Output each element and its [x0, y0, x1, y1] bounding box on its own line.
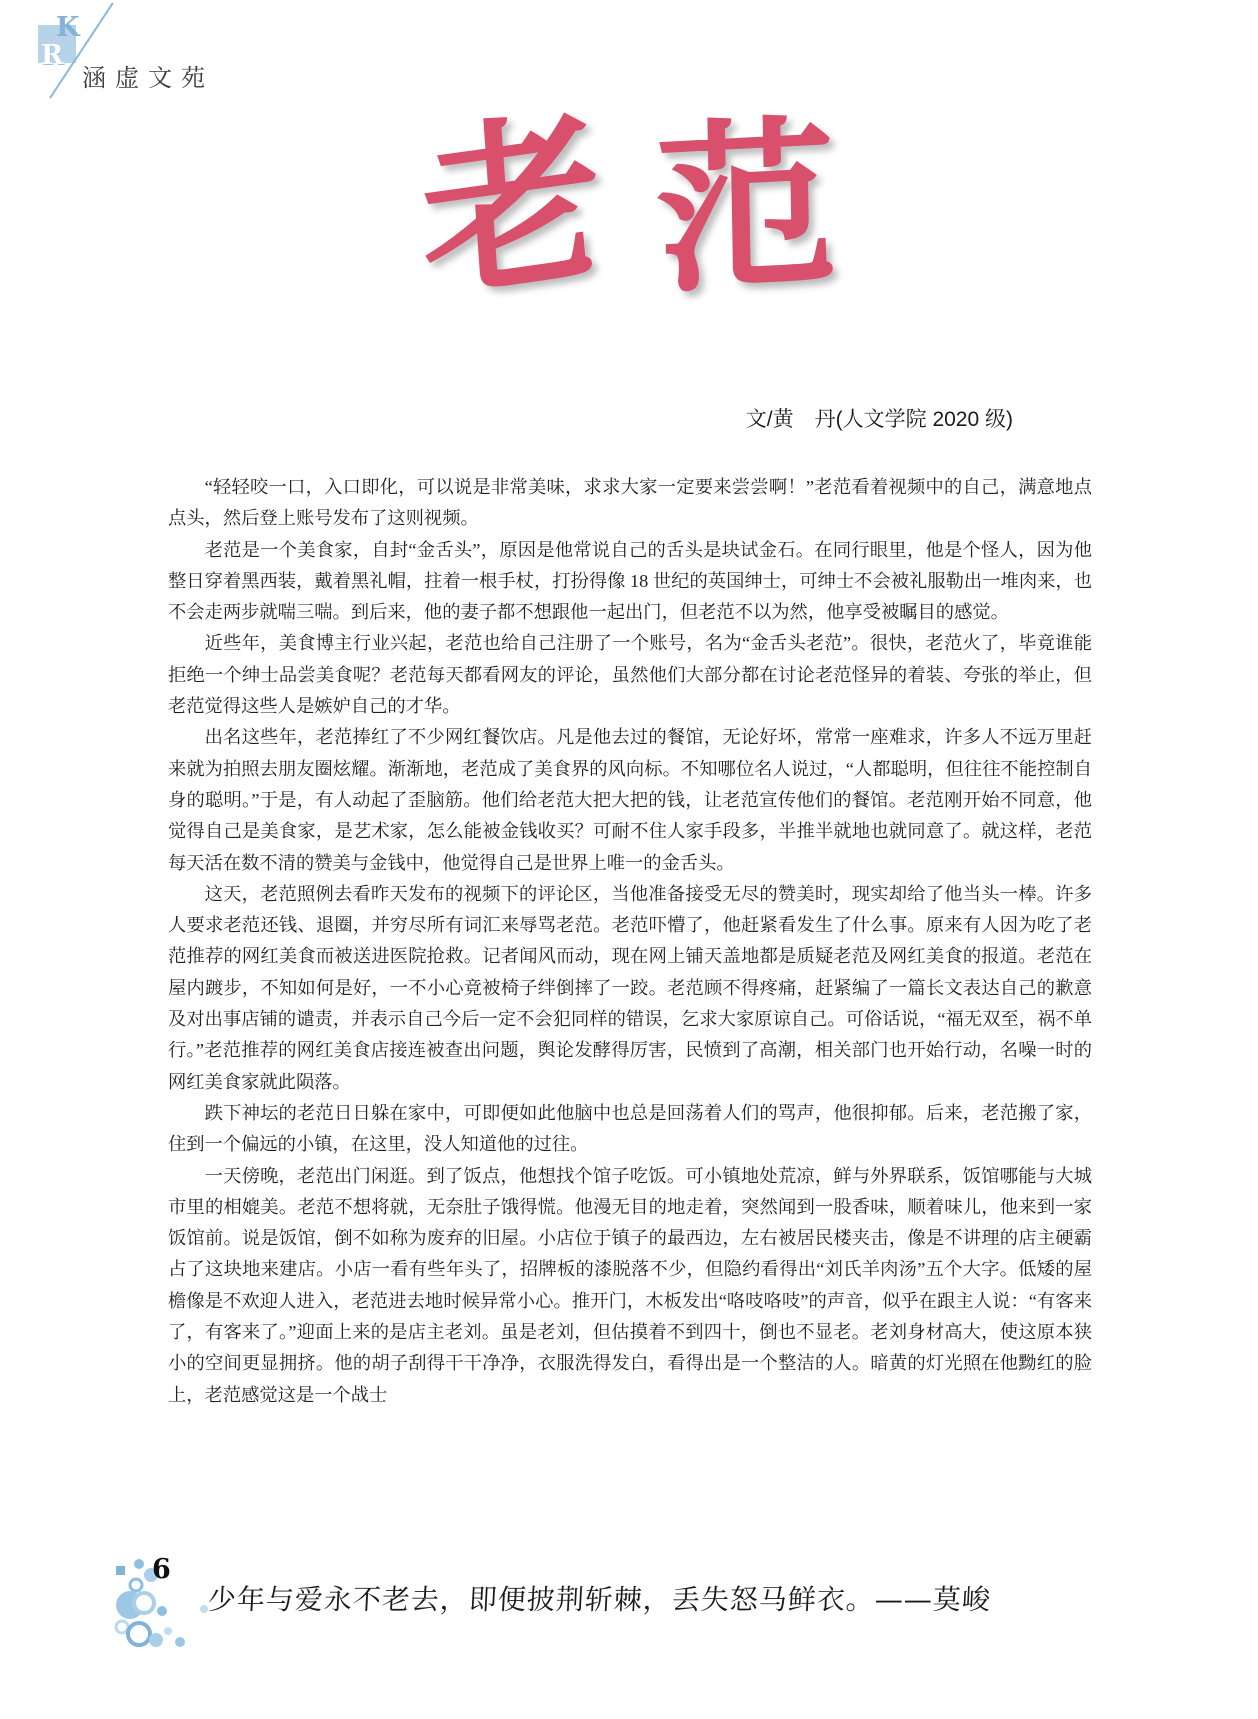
paragraph: “轻轻咬一口，入口即化，可以说是非常美味，求求大家一定要来尝尝啊！”老范看着视频… — [168, 472, 1092, 535]
logo-letter-k: K — [56, 14, 79, 41]
masthead-title: 涵虚文苑 — [82, 58, 214, 93]
title-char-fan: 范 — [653, 107, 838, 308]
paragraph: 跌下神坛的老范日日躲在家中，可即便如此他脑中也总是回荡着人们的骂声，他很抑郁。后… — [168, 1098, 1092, 1161]
paragraph: 近些年，美食博主行业兴起，老范也给自己注册了一个账号，名为“金舌头老范”。很快，… — [168, 628, 1092, 722]
logo-letter-r: R — [41, 42, 63, 69]
title-char-lao: 老 — [415, 99, 609, 315]
article-body: “轻轻咬一口，入口即化，可以说是非常美味，求求大家一定要来尝尝啊！”老范看着视频… — [168, 472, 1092, 1411]
paragraph: 老范是一个美食家，自封“金舌头”，原因是他常说自己的舌头是块试金石。在同行眼里，… — [168, 535, 1092, 629]
article-title: 老 范 — [0, 112, 1258, 303]
footer-quote: 少年与爱永不老去，即便披荆斩棘，丢失怒马鲜衣。——莫峻 — [207, 1578, 992, 1618]
paragraph: 这天，老范照例去看昨天发布的视频下的评论区，当他准备接受无尽的赞美时，现实却给了… — [168, 879, 1092, 1098]
byline: 文/黄 丹(人文学院 2020 级) — [168, 403, 1013, 433]
paragraph: 出名这些年，老范捧红了不少网红餐饮店。凡是他去过的餐馆，无论好坏，常常一座难求，… — [168, 722, 1092, 878]
paragraph: 一天傍晚，老范出门闲逛。到了饭点，他想找个馆子吃饭。可小镇地处荒凉，鲜与外界联系… — [168, 1161, 1092, 1411]
magazine-page: K R 涵虚文苑 老 范 文/黄 丹(人文学院 2020 级) “轻轻咬一口，入… — [0, 0, 1258, 1719]
page-number: 6 — [152, 1554, 171, 1585]
